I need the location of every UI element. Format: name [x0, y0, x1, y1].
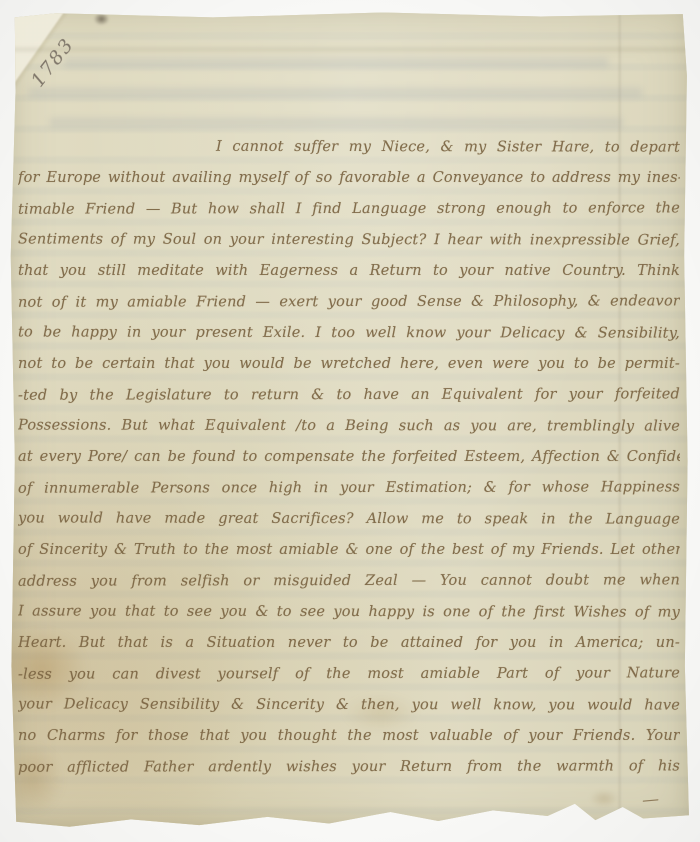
bleedthrough-line: [49, 118, 623, 127]
manuscript-line: of innumerable Persons once high in your…: [18, 472, 680, 504]
bleedthrough-line: [28, 88, 643, 97]
manuscript-line: poor afflicted Father ardently wishes yo…: [18, 751, 680, 783]
manuscript-line: you would have made great Sacrifices? Al…: [18, 503, 680, 535]
manuscript-line: at every Pore/ can be found to compensat…: [18, 442, 680, 473]
manuscript-line: no Charms for those that you thought the…: [18, 721, 680, 752]
manuscript-line: not to be certain that you would be wret…: [18, 349, 680, 380]
manuscript-line: address you from selfish or misguided Ze…: [18, 565, 680, 597]
manuscript-line: your Delicacy Sensibility & Sincerity & …: [18, 689, 680, 721]
manuscript-line: -ted by the Legislature to return & to h…: [18, 379, 680, 411]
letter-body: I cannot suffer my Niece, & my Sister Ha…: [18, 132, 680, 783]
manuscript-line: I assure you that to see you & to see yo…: [18, 596, 680, 628]
stain: [590, 790, 618, 807]
manuscript-line: Heart. But that is a Situation never to …: [18, 628, 680, 659]
manuscript-line: -less you can divest yourself of the mos…: [18, 658, 680, 690]
stain: [94, 13, 109, 25]
horizontal-wrinkle: [8, 46, 691, 53]
manuscript-line: to be happy in your present Exile. I too…: [18, 317, 680, 349]
bleedthrough-line: [63, 58, 609, 67]
manuscript-line: not of it my amiable Friend — exert your…: [18, 286, 680, 318]
photo-backdrop: 1783 I cannot suffer my Niece, & my Sist…: [0, 0, 700, 842]
manuscript-line: Possessions. But what Equivalent /to a B…: [18, 410, 680, 442]
manuscript-line: for Europe without availing myself of so…: [18, 163, 680, 194]
manuscript-line: of Sincerity & Truth to the most amiable…: [18, 535, 680, 566]
manuscript-line: timable Friend — But how shall I find La…: [18, 193, 680, 225]
manuscript-line: I cannot suffer my Niece, & my Sister Ha…: [18, 131, 680, 163]
manuscript-line: that you still meditate with Eagerness a…: [18, 256, 680, 287]
trailing-pen-dash: —: [641, 789, 660, 810]
manuscript-line: Sentiments of my Soul on your interestin…: [18, 224, 680, 256]
letter-paper: 1783 I cannot suffer my Niece, & my Sist…: [8, 10, 691, 830]
